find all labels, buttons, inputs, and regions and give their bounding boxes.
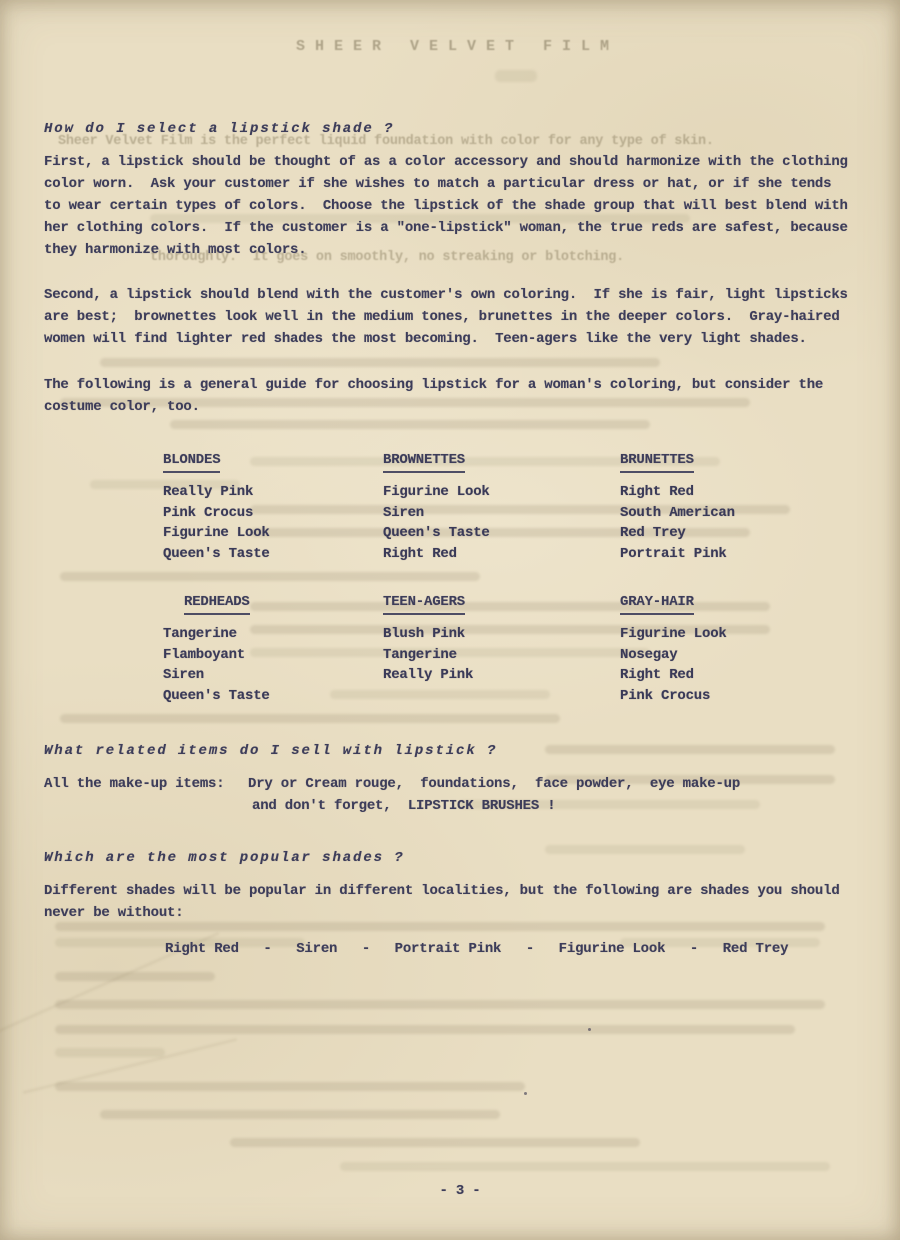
popular-shades-line: Right Red - Siren - Portrait Pink - Figu… <box>165 938 788 960</box>
bleed-through-smudge <box>545 845 745 854</box>
shade-group-header: BRUNETTES <box>620 452 694 473</box>
bleed-through-smudge <box>55 972 215 981</box>
shade-group-teenagers: TEEN-AGERS Blush Pink Tangerine Really P… <box>383 592 473 686</box>
shade-group-header: GRAY-HAIR <box>620 594 694 615</box>
bleed-through-smudge <box>340 1162 830 1171</box>
shade-group-grayhair: GRAY-HAIR Figurine Look Nosegay Right Re… <box>620 592 727 706</box>
shade-group-header: BLONDES <box>163 452 220 473</box>
bleed-through-smudge <box>55 1025 795 1034</box>
bleed-through-smudge <box>100 1110 500 1119</box>
shade-group-blondes: BLONDES Really Pink Pink Crocus Figurine… <box>163 450 270 564</box>
shade-list: Figurine Look Siren Queen's Taste Right … <box>383 482 490 564</box>
paragraph-harmonize-clothing: First, a lipstick should be thought of a… <box>44 151 856 261</box>
bleed-through-smudge <box>230 1138 640 1147</box>
shade-list: Tangerine Flamboyant Siren Queen's Taste <box>163 624 270 706</box>
shade-group-brunettes: BRUNETTES Right Red South American Red T… <box>620 450 735 564</box>
bleed-through-smudge <box>60 714 560 723</box>
ghost-header-text: SHEER VELVET FILM <box>296 38 619 55</box>
makeup-items-lead: All the make-up items: <box>44 773 224 795</box>
page-number: - 3 - <box>400 1180 520 1202</box>
shade-group-redheads: REDHEADS Tangerine Flamboyant Siren Quee… <box>163 592 270 706</box>
bleed-through-smudge <box>495 70 537 82</box>
bleed-through-smudge <box>55 1082 525 1091</box>
shade-list: Figurine Look Nosegay Right Red Pink Cro… <box>620 624 727 706</box>
question-related-items: What related items do I sell with lipsti… <box>44 741 497 761</box>
shade-list: Right Red South American Red Trey Portra… <box>620 482 735 564</box>
shade-group-header: BROWNETTES <box>383 452 465 473</box>
bleed-through-smudge <box>60 572 480 581</box>
ink-speck <box>524 1092 527 1095</box>
bleed-through-smudge <box>330 690 550 699</box>
bleed-through-smudge <box>55 1000 825 1009</box>
shade-group-brownettes: BROWNETTES Figurine Look Siren Queen's T… <box>383 450 490 564</box>
question-popular-shades: Which are the most popular shades ? <box>44 848 405 868</box>
bleed-through-smudge <box>170 420 650 429</box>
shade-group-header: REDHEADS <box>184 594 250 615</box>
shade-group-header: TEEN-AGERS <box>383 594 465 615</box>
bleed-through-smudge <box>545 745 835 754</box>
paragraph-popular-localities: Different shades will be popular in diff… <box>44 880 856 924</box>
paragraph-blend-coloring: Second, a lipstick should blend with the… <box>44 284 856 350</box>
ink-speck <box>588 1028 591 1031</box>
shade-list: Really Pink Pink Crocus Figurine Look Qu… <box>163 482 270 564</box>
bleed-through-smudge <box>100 358 660 367</box>
makeup-items-line2: and don't forget, LIPSTICK BRUSHES ! <box>252 795 555 817</box>
question-select-shade: How do I select a lipstick shade ? <box>44 119 394 139</box>
makeup-items-line1: Dry or Cream rouge, foundations, face po… <box>248 773 740 795</box>
paragraph-general-guide: The following is a general guide for cho… <box>44 374 856 418</box>
bleed-through-smudge <box>55 1048 165 1057</box>
shade-list: Blush Pink Tangerine Really Pink <box>383 624 473 686</box>
